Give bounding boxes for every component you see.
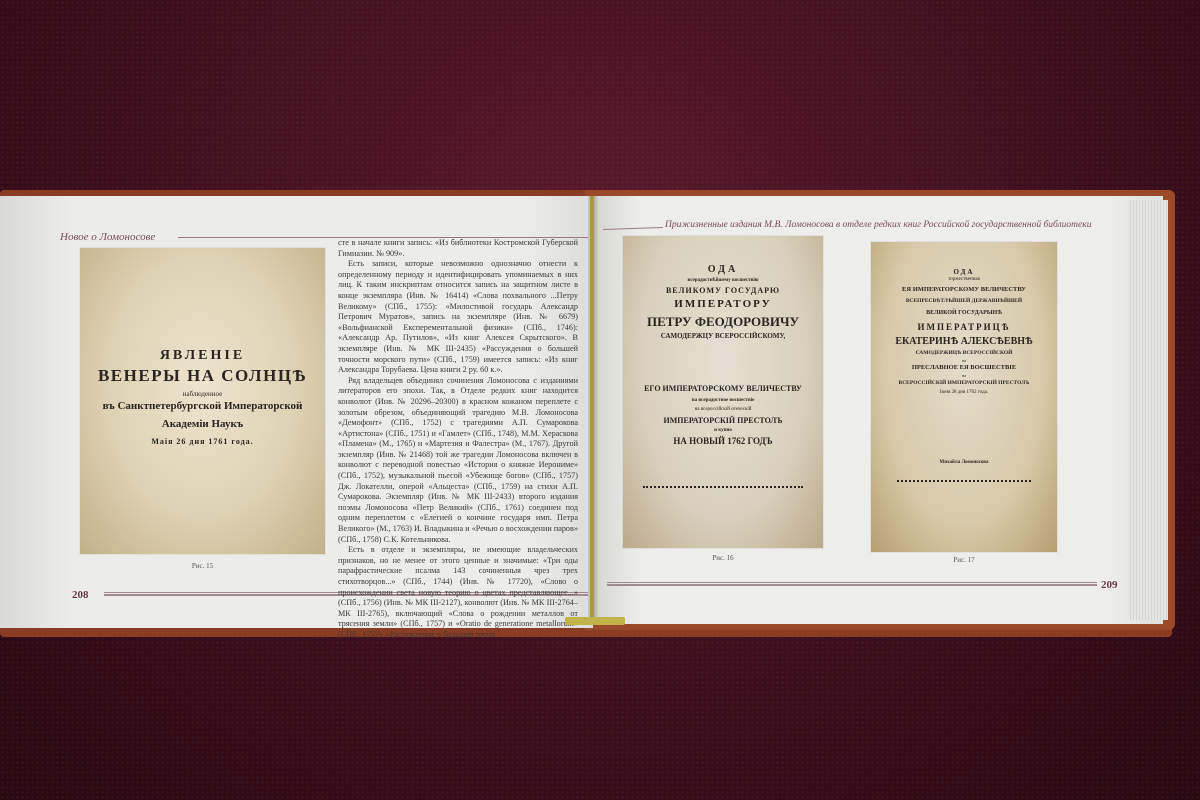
page-number-left: 208 (72, 589, 89, 601)
paragraph: Есть записи, которые невозможно однознач… (338, 259, 578, 376)
plate-line: ИМПЕРАТРИЦѢ (871, 322, 1057, 332)
plate-line: САМОДЕРЖИЦѢ ВСЕРОССIЙСКОЙ (871, 350, 1057, 356)
figure-17-caption: Рис. 17 (871, 556, 1057, 564)
plate-line: ЕКАТЕРИНѢ АЛЕКСѢЕВНѢ (871, 336, 1057, 347)
plate-line: ИМПЕРАТОРУ (623, 298, 823, 310)
running-head-right: Прижизненные издания М.В. Ломоносова в о… (665, 220, 1091, 230)
plate-line: ЕЯ ИМПЕРАТОРСКОМУ ВЕЛИЧЕСТВУ (871, 286, 1057, 293)
figure-15-caption: Рис. 15 (80, 562, 325, 570)
paragraph: сте в начале книги запись: «Из библиотек… (338, 238, 578, 259)
ribbon-bookmark-end[interactable] (565, 617, 625, 625)
plate-line: ЕГО ИМПЕРАТОРСКОМУ ВЕЛИЧЕСТВУ (623, 384, 823, 393)
footer-rule-right (607, 582, 1097, 586)
ribbon-bookmark[interactable] (590, 196, 594, 624)
plate-line: Академiи Наукъ (80, 418, 325, 430)
right-page: Прижизненные издания М.В. Ломоносова в о… (593, 196, 1163, 624)
plate-line: ИМПЕРАТОРСКIЙ ПРЕСТОЛЪ (623, 416, 823, 425)
figure-15-plate: ЯВЛЕНIЕ ВЕНЕРЫ НА СОЛНЦѢ наблюденное въ … (80, 248, 325, 554)
figure-17-plate: ОДА торжественная ЕЯ ИМПЕРАТОРСКОМУ ВЕЛИ… (871, 242, 1057, 552)
plate-line: САМОДЕРЖЦУ ВСЕРОССIЙСКОМУ, (623, 332, 823, 340)
plate-line: ПРЕСЛАВНОЕ ЕЯ ВОСШЕСТВIЕ (871, 364, 1057, 371)
ornament-rule (897, 480, 1031, 482)
plate-line: Iюня 28 дня 1762 года. (871, 390, 1057, 395)
plate-line: ОДА (623, 264, 823, 275)
plate-line: НА НОВЫЙ 1762 ГОДЪ (623, 436, 823, 446)
header-rule-right (603, 227, 663, 230)
plate-line: на (871, 373, 1057, 378)
plate-line: на всероссiйскiй отеческiй (623, 407, 823, 412)
page-edges (1128, 200, 1168, 620)
plate-line: ВЕЛИКОМУ ГОСУДАРЮ (623, 286, 823, 295)
running-head-left: Новое о Ломоносове (60, 231, 155, 243)
plate-line: ВЕНЕРЫ НА СОЛНЦѢ (80, 366, 325, 386)
plate-line: Маiя 26 дня 1761 года. (80, 437, 325, 446)
page-number-right: 209 (1101, 579, 1118, 591)
plate-line: на (871, 358, 1057, 363)
body-text-column: сте в начале книги запись: «Из библиотек… (338, 238, 578, 641)
plate-line: ЯВЛЕНIЕ (80, 348, 325, 364)
plate-line: ВСЕРОССIЙСКIЙ ИМПЕРАТОРСКIЙ ПРЕСТОЛЪ (871, 380, 1057, 386)
plate-line: ВСЕПРЕСВѢТЛѢЙШЕЙ ДЕРЖАВНѢЙШЕЙ (871, 298, 1057, 304)
plate-line: ПЕТРУ ФЕОДОРОВИЧУ (623, 314, 823, 330)
plate-line: Михайла Ломоносова (871, 460, 1057, 465)
ornament-rule (643, 486, 803, 488)
plate-line: наблюденное (80, 390, 325, 398)
paragraph: Есть в отделе и экземпляры, не имеющие в… (338, 545, 578, 640)
plate-line: на всерадостное восшествiе (623, 398, 823, 403)
plate-line: ВЕЛИКОЙ ГОСУДАРЫНѢ (871, 310, 1057, 316)
plate-line: ОДА (871, 268, 1057, 276)
figure-16-plate: ОДА всерадостнѣйшему восшествiю ВЕЛИКОМУ… (623, 236, 823, 548)
figure-16-caption: Рис. 16 (623, 554, 823, 562)
plate-line: въ Санктпетербургской Императорской (80, 400, 325, 412)
plate-line: всерадостнѣйшему восшествiю (623, 278, 823, 283)
plate-line: торжественная (871, 277, 1057, 282)
paragraph: Ряд владельцев объединял сочинения Ломон… (338, 376, 578, 546)
plate-line: и купно (623, 428, 823, 433)
